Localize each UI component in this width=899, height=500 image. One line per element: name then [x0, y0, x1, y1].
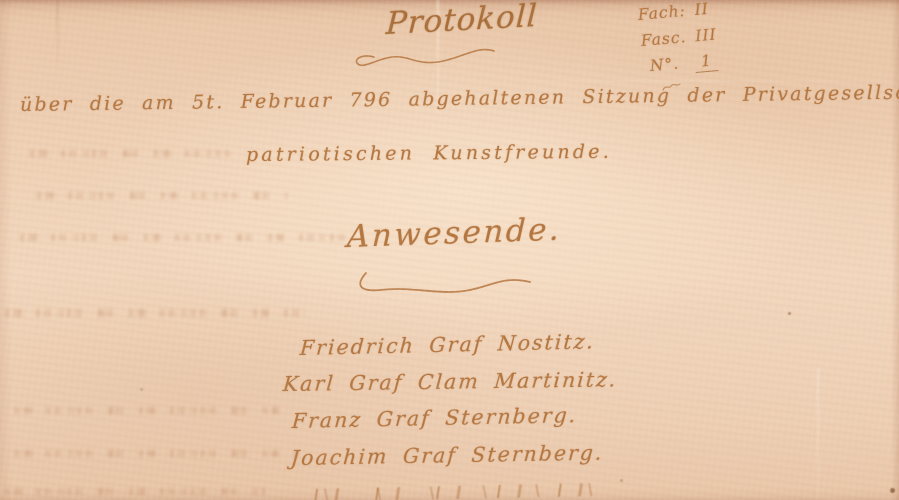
document-title: Protokoll: [385, 0, 538, 42]
archive-ref-label: Fach:: [637, 2, 686, 24]
paper-speck: [140, 388, 143, 391]
archive-ref-label: Fasc.: [640, 28, 687, 50]
paper-crease: [817, 368, 819, 500]
truncated-attendee-line: [302, 483, 602, 500]
intro-line-1: über die am 5t. Februar 796 abgehaltenen…: [20, 81, 899, 116]
attendee-name: Friedrich Graf Nostitz.: [299, 329, 596, 360]
section-heading: Anwesende.: [346, 211, 562, 255]
paper-crease: [56, 0, 59, 70]
bleedthrough-line: [10, 450, 300, 457]
paper-crease: [470, 80, 890, 82]
heading-flourish: [352, 268, 537, 298]
bleedthrough-line: [15, 234, 345, 241]
insertion-mark: [662, 83, 682, 92]
title-flourish: [352, 44, 502, 68]
bleedthrough-line: [25, 150, 230, 157]
archive-ref-value: II: [694, 0, 710, 19]
attendee-name: Franz Graf Sternberg.: [291, 403, 578, 433]
archive-ref-line: Fasc.III: [640, 25, 717, 50]
manuscript-page: Protokoll Fach:II Fasc.III N°.1 über die…: [0, 0, 899, 500]
archive-ref-value: III: [695, 25, 718, 45]
paper-speck: [620, 479, 623, 482]
archive-ref-line: Fach:II: [637, 0, 709, 24]
paper-speck: [890, 488, 895, 493]
paper-speck: [788, 312, 791, 315]
attendee-name: Karl Graf Clam Martinitz.: [282, 367, 618, 396]
attendee-name: Joachim Graf Sternberg.: [290, 441, 604, 470]
intro-line-2: patriotischen Kunstfreunde.: [246, 141, 612, 166]
archive-ref-label: N°.: [649, 54, 680, 74]
archive-ref-value: 1: [694, 51, 719, 73]
bleedthrough-line: [0, 488, 265, 495]
bleedthrough-line: [10, 407, 290, 414]
bleedthrough-line: [32, 192, 287, 199]
bleedthrough-line: [0, 309, 305, 317]
archive-ref-line: N°.1: [649, 51, 718, 75]
